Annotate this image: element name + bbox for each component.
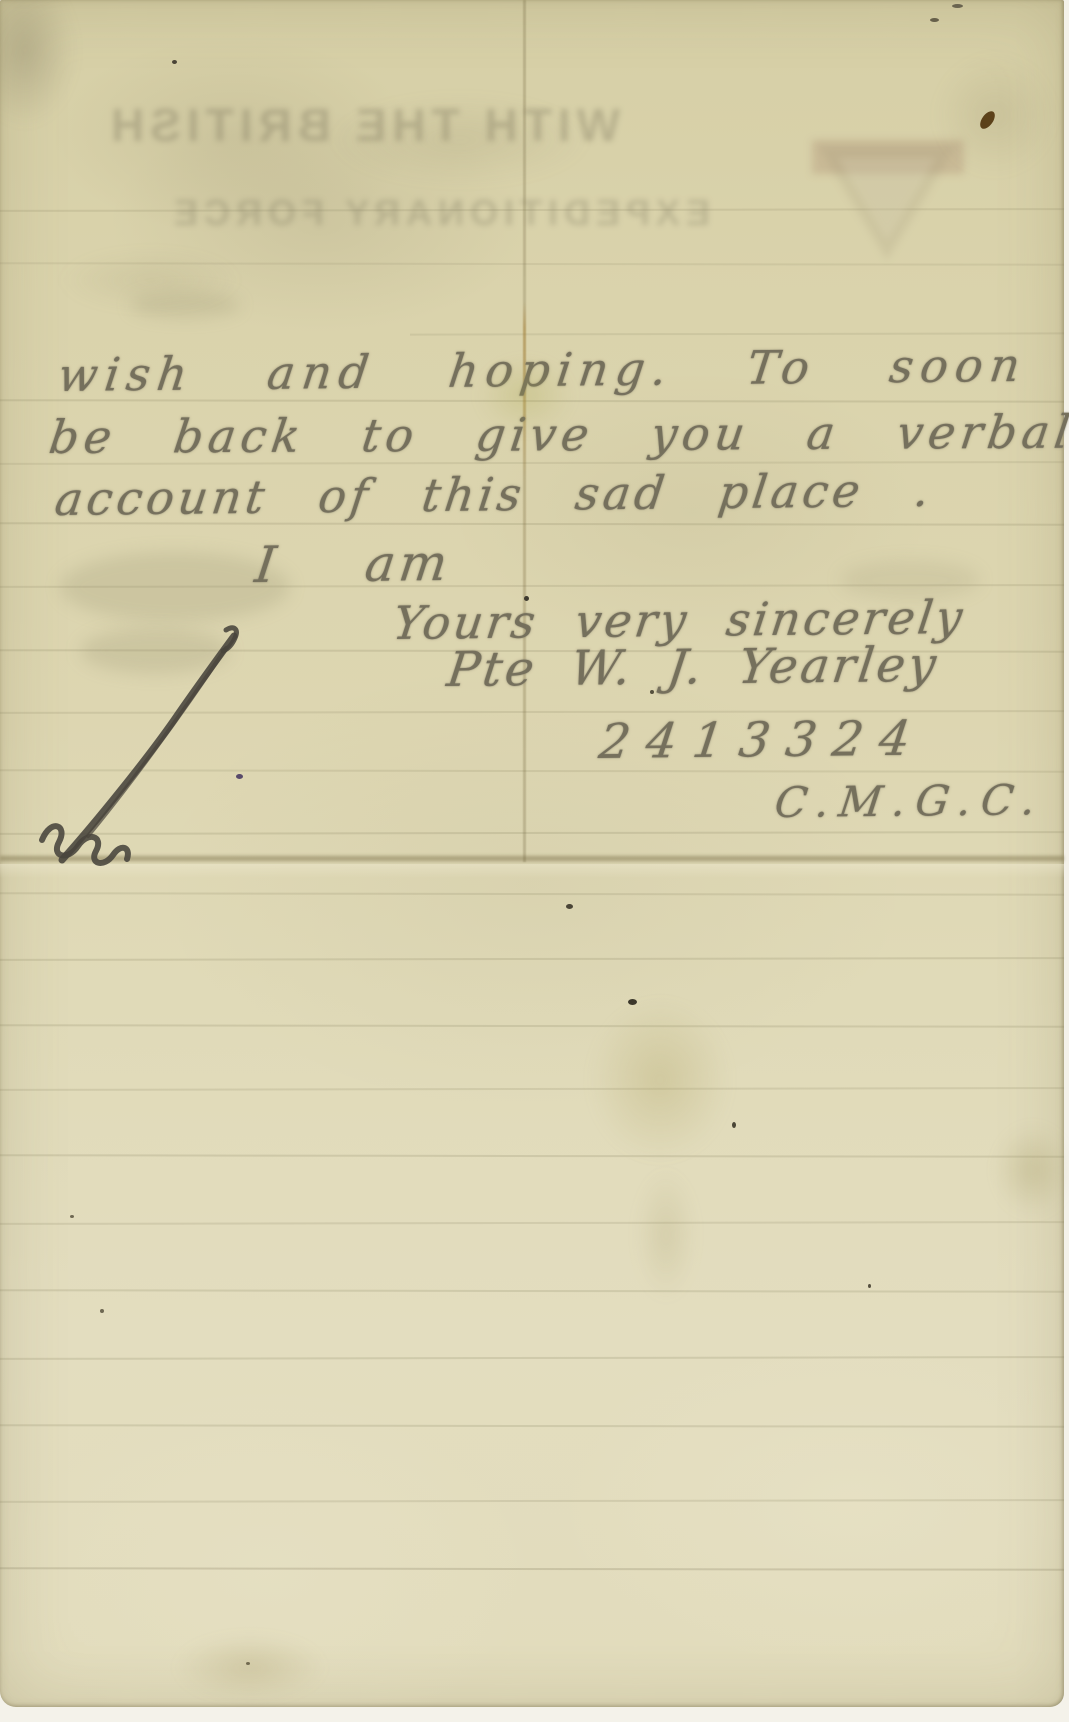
paper-speck: [172, 60, 177, 64]
ruled-line: [0, 710, 1064, 714]
ruled-line: [0, 769, 1064, 772]
paper-speck: [100, 1309, 104, 1313]
letter-body-line-3: account of this sad place .: [52, 463, 937, 526]
ruled-line: [0, 1424, 1064, 1427]
censor-signature: [28, 598, 268, 870]
ruled-line: [0, 1221, 1064, 1225]
ruled-line: [0, 1154, 1064, 1157]
ruled-line: [0, 831, 1064, 835]
ruled-line: [0, 522, 1064, 525]
paper-stain: [995, 1125, 1069, 1215]
paper-speck: [868, 1284, 871, 1288]
ruled-line: [0, 1567, 1064, 1570]
paper-speck: [930, 18, 939, 22]
ruled-line: [0, 1499, 1064, 1503]
ruled-line: [0, 461, 1064, 465]
pencil-smudge: [80, 628, 230, 674]
paper-speck: [628, 999, 637, 1005]
paper-speck: [952, 4, 963, 8]
ruled-line: [0, 399, 1064, 402]
paper-stain: [330, 95, 590, 185]
service-number: 2413324: [596, 711, 930, 770]
unit-abbreviation: C.M.G.C.: [772, 775, 1049, 827]
scanned-letter-page: WITH THE BRITISH EXPEDITIONARY FORCE wis…: [0, 0, 1069, 1722]
ruled-line: [0, 892, 1064, 895]
letter-closing: I am: [252, 534, 455, 594]
pencil-smudge: [840, 560, 980, 600]
paper-stain: [935, 55, 1055, 175]
paper-stain: [636, 1170, 696, 1300]
ruled-line: [0, 1289, 1064, 1292]
ruled-line: [0, 649, 1064, 652]
paper-speck: [977, 109, 997, 132]
paper-stain: [0, 0, 75, 125]
paper-speck: [650, 690, 654, 694]
paper-speck: [70, 1215, 74, 1218]
paper-speck: [566, 904, 573, 909]
ruled-line: [0, 262, 1064, 265]
letter-valediction: Yours very sincerely: [390, 590, 968, 650]
bleedthrough-text-line1: WITH THE BRITISH: [105, 98, 620, 152]
horizontal-fold-crease: [0, 854, 1064, 863]
ruled-line: [0, 1356, 1064, 1360]
ruled-line: [410, 332, 1064, 335]
letter-body-line-2: be back to give you a verbal: [46, 405, 1069, 464]
ruled-line: [0, 957, 1064, 961]
paper-speck: [236, 774, 243, 779]
bleedthrough-text-line2: EXPEDITIONARY FORCE: [168, 192, 710, 234]
paper-stain: [175, 1635, 325, 1700]
ruled-line: [0, 1087, 1064, 1091]
paper-stain: [590, 1000, 730, 1160]
ruled-line: [0, 208, 1064, 212]
ruled-line: [0, 584, 1064, 588]
ymca-triangle-icon: [812, 140, 962, 265]
paper-speck: [732, 1122, 736, 1128]
pencil-smudge: [60, 552, 290, 622]
bleedthrough-logo-bar: [812, 140, 964, 174]
letter-body-line-1: wish and hoping. To soon: [55, 338, 1030, 402]
paper-stain: [60, 250, 240, 310]
fold-highlight: [0, 864, 1064, 878]
pencil-smudge: [130, 292, 240, 318]
paper-speck: [246, 1662, 250, 1665]
letter-signature: Pte W. J. Yearley: [444, 637, 942, 698]
paper-sheet: WITH THE BRITISH EXPEDITIONARY FORCE wis…: [0, 0, 1064, 1707]
ruled-line: [0, 1024, 1064, 1027]
vertical-fold-crease: [523, 0, 526, 862]
